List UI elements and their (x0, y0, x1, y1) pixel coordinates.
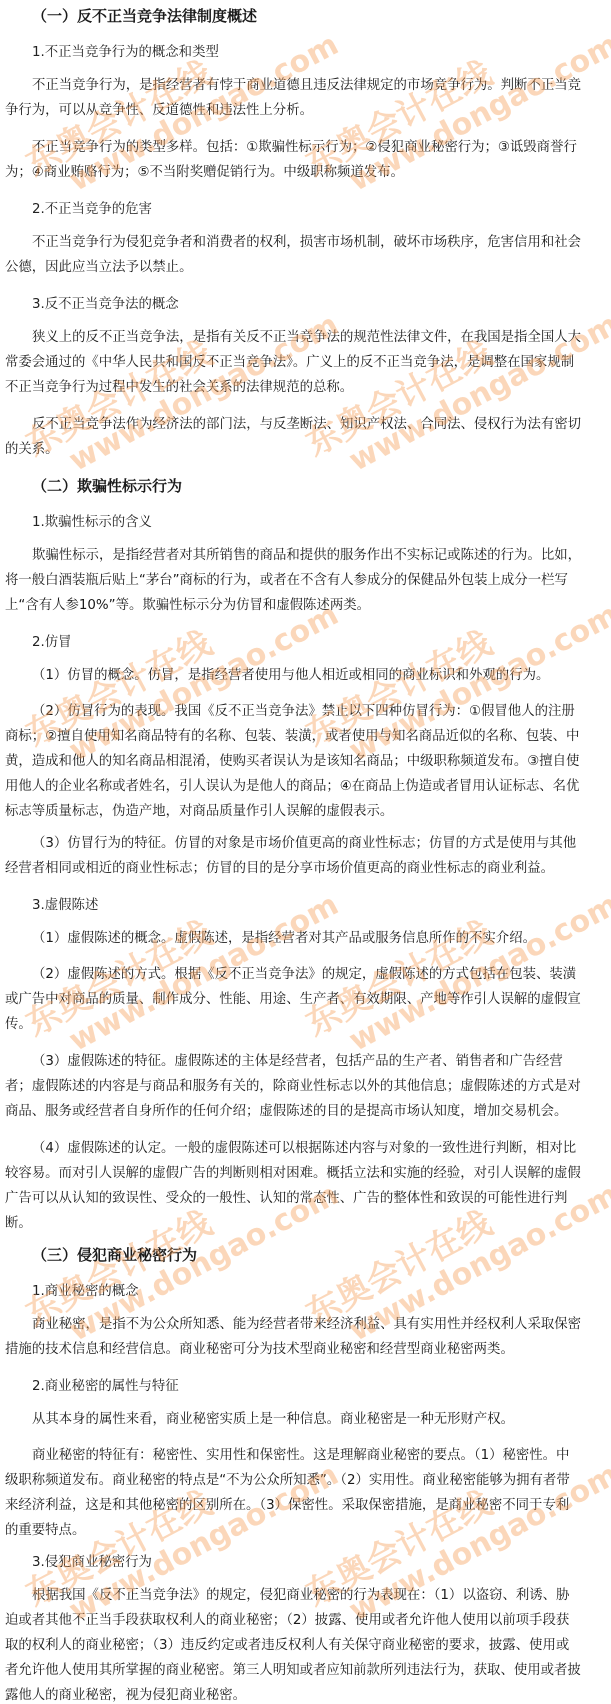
text-line: 1.欺骗性标示的含义 (32, 510, 611, 535)
text-line: 3.虚假陈述 (32, 893, 611, 918)
text-line: 常委会通过的《中华人民共和国反不正当竞争法》。广义上的反不正当竞争法，是调整在国… (5, 350, 605, 375)
paragraph: （3）仿冒行为的特征。仿冒的对象是市场价值更高的商业性标志；仿冒的方式是使用与其… (5, 831, 605, 881)
paragraph: （3）虚假陈述的特征。虚假陈述的主体是经营者，包括产品的生产者、销售者和广告经营… (5, 1049, 605, 1124)
text-line: 根据我国《反不正当竞争法》的规定，侵犯商业秘密的行为表现在：（1）以盗窃、利诱、… (5, 1583, 605, 1608)
text-line: 不正当竞争行为过程中发生的社会关系的法律规范的总称。 (5, 375, 605, 400)
paragraph: 反不正当竞争法作为经济法的部门法，与反垄断法、知识产权法、合同法、侵权行为法有密… (5, 412, 605, 462)
paragraph: 不正当竞争行为，是指经营者有悖于商业道德且违反法律规定的市场竞争行为。判断不正当… (5, 73, 605, 123)
text-line: 商品、服务或经营者自身所作的任何介绍；虚假陈述的目的是提高市场认知度，增加交易机… (5, 1099, 605, 1124)
text-line: 反不正当竞争法作为经济法的部门法，与反垄断法、知识产权法、合同法、侵权行为法有密… (5, 412, 605, 437)
text-line: 的关系。 (5, 437, 605, 462)
subsection-heading: 3.侵犯商业秘密行为 (32, 1550, 611, 1575)
text-line: 较容易。而对引人误解的虚假广告的判断则相对困难。概括立法和实施的经验，对引人误解… (5, 1161, 605, 1186)
text-line: 3.侵犯商业秘密行为 (32, 1550, 611, 1575)
text-line: （二）欺骗性标示行为 (32, 474, 611, 499)
text-line: 者允许他人使用其所掌握的商业秘密。第三人明知或者应知前款所列违法行为，获取、使用… (5, 1658, 605, 1683)
subsection-heading: 3.反不正当竞争法的概念 (32, 292, 611, 317)
paragraph: 商业秘密，是指不为公众所知悉、能为经营者带来经济利益、具有实用性并经权利人采取保… (5, 1312, 605, 1362)
subsection-heading: 1.商业秘密的概念 (32, 1279, 611, 1304)
text-line: （1）仿冒的概念。仿冒，是指经营者使用与他人相近或相同的商业标识和外观的行为。 (5, 663, 605, 688)
subsection-heading: 2.商业秘密的属性与特征 (32, 1374, 611, 1399)
text-line: （2）仿冒行为的表现。我国《反不正当竞争法》禁止以下四种仿冒行为：①假冒他人的注… (5, 699, 605, 724)
text-line: 上“含有人参10%”等。欺骗性标示分为仿冒和虚假陈述两类。 (5, 593, 605, 618)
text-line: （三）侵犯商业秘密行为 (32, 1243, 611, 1268)
text-line: 1.商业秘密的概念 (32, 1279, 611, 1304)
text-line: 用他人的企业名称或者姓名，引人误认为是他人的商品；④在商品上伪造或者冒用认证标志… (5, 774, 605, 799)
text-line: 商标；②擅自使用知名商品特有的名称、包装、装潢，或者使用与知名商品近似的名称、包… (5, 724, 605, 749)
text-line: 为；④商业贿赂行为；⑤不当附奖赠促销行为。中级职称频道发布。 (5, 160, 605, 185)
text-line: （3）虚假陈述的特征。虚假陈述的主体是经营者，包括产品的生产者、销售者和广告经营 (5, 1049, 605, 1074)
text-line: 者；虚假陈述的内容是与商品和服务有关的，除商业性标志以外的其他信息；虚假陈述的方… (5, 1074, 605, 1099)
text-line: 不正当竞争行为侵犯竞争者和消费者的权利，损害市场机制，破坏市场秩序，危害信用和社… (5, 230, 605, 255)
text-line: 露他人的商业秘密，视为侵犯商业秘密。 (5, 1683, 605, 1704)
text-line: 断。 (5, 1211, 605, 1236)
paragraph: 不正当竞争行为侵犯竞争者和消费者的权利，损害市场机制，破坏市场秩序，危害信用和社… (5, 230, 605, 280)
text-line: 的重要特点。 (5, 1518, 605, 1543)
text-line: 争行为，可以从竞争性、反道德性和违法性上分析。 (5, 98, 605, 123)
text-line: 2.商业秘密的属性与特征 (32, 1374, 611, 1399)
text-line: 商业秘密，是指不为公众所知悉、能为经营者带来经济利益、具有实用性并经权利人采取保… (5, 1312, 605, 1337)
subsection-heading: 1.欺骗性标示的含义 (32, 510, 611, 535)
subsection-heading: 3.虚假陈述 (32, 893, 611, 918)
text-line: （4）虚假陈述的认定。一般的虚假陈述可以根据陈述内容与对象的一致性进行判断，相对… (5, 1136, 605, 1161)
paragraph: 商业秘密的特征有：秘密性、实用性和保密性。这是理解商业秘密的要点。（1）秘密性。… (5, 1443, 605, 1543)
subsection-heading: 1.不正当竞争行为的概念和类型 (32, 40, 611, 65)
paragraph: （4）虚假陈述的认定。一般的虚假陈述可以根据陈述内容与对象的一致性进行判断，相对… (5, 1136, 605, 1236)
paragraph: （1）仿冒的概念。仿冒，是指经营者使用与他人相近或相同的商业标识和外观的行为。 (5, 663, 605, 688)
paragraph: 狭义上的反不正当竞争法，是指有关反不正当竞争法的规范性法律文件，在我国是指全国人… (5, 325, 605, 400)
paragraph: 从其本身的属性来看，商业秘密实质上是一种信息。商业秘密是一种无形财产权。 (5, 1407, 605, 1432)
text-line: 1.不正当竞争行为的概念和类型 (32, 40, 611, 65)
text-line: 来经济利益，这是和其他秘密的区别所在。（3）保密性。采取保密措施，是商业秘密不同… (5, 1493, 605, 1518)
paragraph: （2）虚假陈述的方式。根据《反不正当竞争法》的规定，虚假陈述的方式包括在包装、装… (5, 962, 605, 1037)
section-heading: （二）欺骗性标示行为 (32, 474, 611, 499)
text-line: 2.不正当竞争的危害 (32, 197, 611, 222)
paragraph: （1）虚假陈述的概念。虚假陈述，是指经营者对其产品或服务信息所作的不实介绍。 (5, 926, 605, 951)
subsection-heading: 2.不正当竞争的危害 (32, 197, 611, 222)
text-line: （一）反不正当竞争法律制度概述 (32, 4, 611, 29)
text-line: 狭义上的反不正当竞争法，是指有关反不正当竞争法的规范性法律文件，在我国是指全国人… (5, 325, 605, 350)
text-line: 或广告中对商品的质量、制作成分、性能、用途、生产者、有效期限、产地等作引人误解的… (5, 987, 605, 1012)
text-line: 3.反不正当竞争法的概念 (32, 292, 611, 317)
section-heading: （一）反不正当竞争法律制度概述 (32, 4, 611, 29)
text-line: 传。 (5, 1012, 605, 1037)
text-line: 欺骗性标示，是指经营者对其所销售的商品和提供的服务作出不实标记或陈述的行为。比如… (5, 543, 605, 568)
text-line: 不正当竞争行为的类型多样。包括：①欺骗性标示行为；②侵犯商业秘密行为；③诋毁商誉… (5, 135, 605, 160)
text-line: （1）虚假陈述的概念。虚假陈述，是指经营者对其产品或服务信息所作的不实介绍。 (5, 926, 605, 951)
text-line: 公德，因此应当立法予以禁止。 (5, 255, 605, 280)
text-line: 2.仿冒 (32, 630, 611, 655)
text-line: 商业秘密的特征有：秘密性、实用性和保密性。这是理解商业秘密的要点。（1）秘密性。… (5, 1443, 605, 1468)
text-line: 级职称频道发布。商业秘密的特点是“不为公众所知悉”。（2）实用性。商业秘密能够为… (5, 1468, 605, 1493)
text-line: 将一般白酒装瓶后贴上“茅台”商标的行为，或者在不含有人参成分的保健品外包装上成分… (5, 568, 605, 593)
text-line: 标志等质量标志，伪造产地，对商品质量作引人误解的虚假表示。 (5, 799, 605, 824)
text-line: 广告可以从认知的致误性、受众的一般性、认知的常态性、广告的整体性和致误的可能性进… (5, 1186, 605, 1211)
section-heading: （三）侵犯商业秘密行为 (32, 1243, 611, 1268)
paragraph: 根据我国《反不正当竞争法》的规定，侵犯商业秘密的行为表现在：（1）以盗窃、利诱、… (5, 1583, 605, 1704)
text-line: 经营者相同或相近的商业性标志；仿冒的目的是分享市场价值更高的商业性标志的商业利益… (5, 856, 605, 881)
paragraph: 欺骗性标示，是指经营者对其所销售的商品和提供的服务作出不实标记或陈述的行为。比如… (5, 543, 605, 618)
text-line: 措施的技术信息和经营信息。商业秘密可分为技术型商业秘密和经营型商业秘密两类。 (5, 1337, 605, 1362)
text-line: （2）虚假陈述的方式。根据《反不正当竞争法》的规定，虚假陈述的方式包括在包装、装… (5, 962, 605, 987)
subsection-heading: 2.仿冒 (32, 630, 611, 655)
paragraph: 不正当竞争行为的类型多样。包括：①欺骗性标示行为；②侵犯商业秘密行为；③诋毁商誉… (5, 135, 605, 185)
text-line: 迫或者其他不正当手段获取权利人的商业秘密；（2）披露、使用或者允许他人使用以前项… (5, 1608, 605, 1633)
text-line: 从其本身的属性来看，商业秘密实质上是一种信息。商业秘密是一种无形财产权。 (5, 1407, 605, 1432)
paragraph: （2）仿冒行为的表现。我国《反不正当竞争法》禁止以下四种仿冒行为：①假冒他人的注… (5, 699, 605, 824)
text-line: 黄，造成和他人的知名商品相混淆，使购买者误认为是该知名商品；中级职称频道发布。③… (5, 749, 605, 774)
text-line: （3）仿冒行为的特征。仿冒的对象是市场价值更高的商业性标志；仿冒的方式是使用与其… (5, 831, 605, 856)
text-line: 取的权利人的商业秘密；（3）违反约定或者违反权利人有关保守商业秘密的要求，披露、… (5, 1633, 605, 1658)
text-line: 不正当竞争行为，是指经营者有悖于商业道德且违反法律规定的市场竞争行为。判断不正当… (5, 73, 605, 98)
